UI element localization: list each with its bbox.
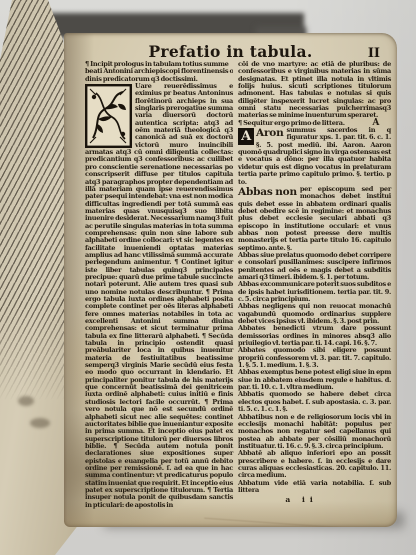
woodcut-foliate-initial-icon [85,84,132,148]
ink-smudge [30,418,50,428]
text-line: Abbas excommunicare poterit suos subdito… [238,281,391,303]
text-line: Abbatum vide etiā varia notabilia. ſ. su… [238,480,391,495]
text-line: Abbas negligens qui non reuocat monachū … [238,303,391,325]
headword-abbas-non: Abbas non [238,186,297,200]
page-title: Prefatio in tabula. [64,42,397,61]
page-crease [204,518,397,527]
initial-a-woodcut: A [238,128,254,145]
text-line: Abbates benedicti vtrum dare possunt dem… [238,325,391,347]
recto-page: Prefatio in tabula. II ¶ Incipit prologu… [64,33,397,527]
right-column: cōi de vno martyre: ac etiā de pluribus:… [238,61,391,509]
entry-aron: A Aron summus sacerdos in q figuratur xp… [238,127,391,186]
signature-mark: a ii [238,496,391,503]
entry-abbas-non: Abbas non per episcopum sed per monachos… [238,186,391,252]
text-line: beati Antonini archiepiscopi florentinen… [85,68,233,75]
incipit: ¶ Incipit prologus in tabulam totius sum… [85,61,233,83]
book-photo: Prefatio in tabula. II ¶ Incipit prologu… [0,0,416,555]
ink-smudge [18,396,34,406]
text-line: Abbatis quomodo se habere debet circa el… [238,391,391,413]
text-line: Abbas exemptus bene potest eligi siue in… [238,369,391,391]
text-line: Abbates quomodo sibi eligere possunt pro… [238,347,391,369]
index-entries: Abbas siue prelatus quomodo debet corrip… [238,252,391,494]
text-line: Abbatē ab aliquo inferiori epo an possit… [238,450,391,479]
text-columns: ¶ Incipit prologus in tabulam totius sum… [85,61,391,509]
headword-aron: Aron [256,127,284,141]
text-line: ¶ Incipit prologus in tabulam totius sum… [85,61,233,68]
text-line: Abbatibus non e de religiosorum locis vb… [238,414,391,451]
folio-number: II [368,46,380,61]
prologue-continuation: cōi de vno martyre: ac etiā de pluribus:… [238,61,391,120]
text-line: Abbas siue prelatus quomodo debet corrip… [238,252,391,281]
left-column: ¶ Incipit prologus in tabulam totius sum… [85,61,233,509]
